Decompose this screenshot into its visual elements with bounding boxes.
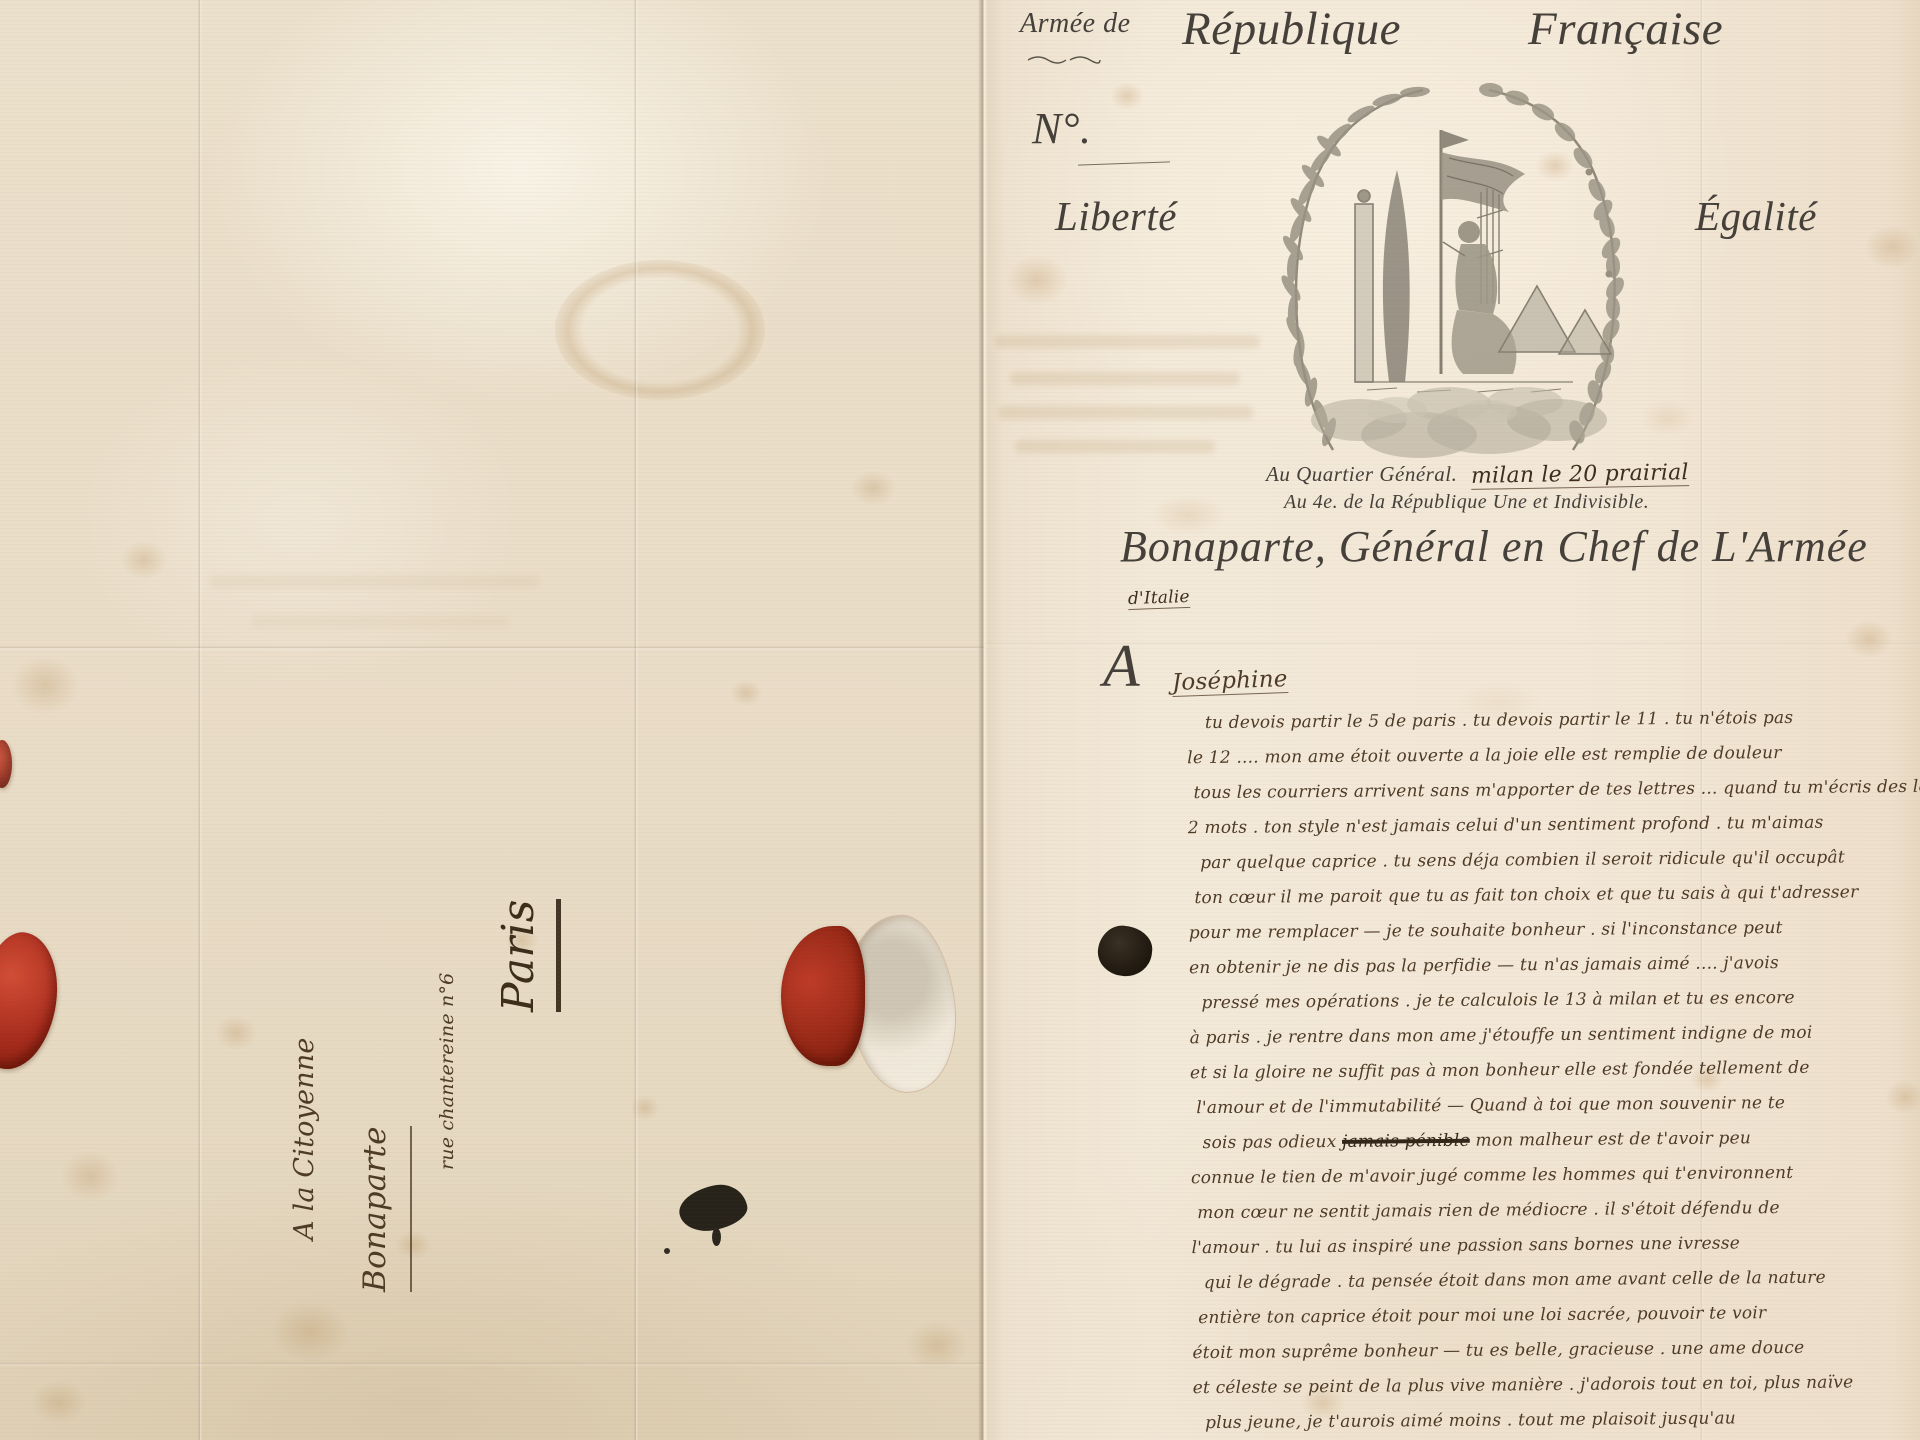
- salutation-initial: A: [1103, 632, 1140, 701]
- manuscript-line: et céleste se peint de la plus vive mani…: [1193, 1365, 1920, 1406]
- wax-seal-left: [0, 927, 65, 1075]
- address-line-street: rue chantereine n°6: [412, 790, 482, 1170]
- ink-drip: [712, 1228, 721, 1246]
- manuscript-line: qui le dégrade . ta pensée étoit dans mo…: [1204, 1260, 1920, 1301]
- letterhead-army-label: Armée de: [1020, 8, 1131, 40]
- ink-blot: [676, 1180, 751, 1235]
- paper-tear: [841, 911, 963, 1097]
- letter-body: tu devois partir le 5 de paris . tu devo…: [1187, 700, 1920, 1440]
- water-ring-stain: [555, 260, 765, 400]
- bleed-through-mark: [250, 615, 510, 628]
- stain: [905, 1320, 969, 1370]
- address-panel-paper: A la Citoyenne Bonaparte rue chantereine…: [0, 0, 985, 1440]
- stain: [215, 1015, 257, 1051]
- stain: [10, 655, 80, 715]
- ink-speck: [664, 1248, 670, 1254]
- stain: [120, 540, 168, 580]
- wax-seal-center-broken: [781, 926, 865, 1066]
- address-line-name: Bonaparte: [340, 790, 412, 1292]
- stain: [850, 470, 896, 506]
- numero-label: N°.: [1032, 103, 1091, 154]
- letterhead-liberte: Liberté: [1055, 192, 1177, 240]
- hq-handwritten-date: milan le 20 prairial: [1471, 460, 1689, 490]
- commander-army-handwritten: d'Italie: [1128, 587, 1190, 610]
- bleed-through-mark: [210, 575, 540, 588]
- stain: [60, 1150, 120, 1202]
- an-line: Au 4e. de la République Une et Indivisib…: [1284, 491, 1649, 514]
- address-block: A la Citoyenne Bonaparte rue chantereine…: [270, 790, 570, 1310]
- address-line-city: Paris: [482, 790, 561, 1012]
- stain: [630, 1095, 660, 1121]
- commander-line: Bonaparte, Général en Chef de L'Armée: [1120, 521, 1868, 572]
- fold-crease-vertical: [634, 0, 638, 1440]
- struck-out-words: jamais pénible: [1342, 1131, 1470, 1152]
- letterhead-francaise: Française: [1528, 2, 1723, 56]
- hq-line: Au Quartier Général. milan le 20 prairia…: [1266, 462, 1689, 488]
- salutation-name: Joséphine: [1172, 666, 1288, 697]
- address-line-recipient: A la Citoyenne: [270, 790, 340, 1240]
- fold-crease-horizontal: [0, 646, 985, 650]
- letter-scan: A la Citoyenne Bonaparte rue chantereine…: [0, 0, 1920, 1440]
- fold-crease-horizontal: [0, 1362, 985, 1366]
- hq-printed: Au Quartier Général.: [1266, 462, 1457, 486]
- wax-trace: [0, 740, 12, 788]
- letterhead-egalite: Égalité: [1695, 192, 1817, 240]
- manuscript-line: à paris . je rentre dans mon ame j'étouf…: [1190, 1015, 1920, 1056]
- stain: [30, 1380, 88, 1424]
- letterhead-republique: République: [1182, 2, 1401, 56]
- stain: [730, 680, 762, 706]
- fold-crease-vertical: [198, 0, 202, 1440]
- manuscript-line: ton cœur il me paroit que tu as fait ton…: [1194, 875, 1920, 916]
- manuscript-line: plus jeune, je t'aurois aimé moins . tou…: [1205, 1400, 1920, 1440]
